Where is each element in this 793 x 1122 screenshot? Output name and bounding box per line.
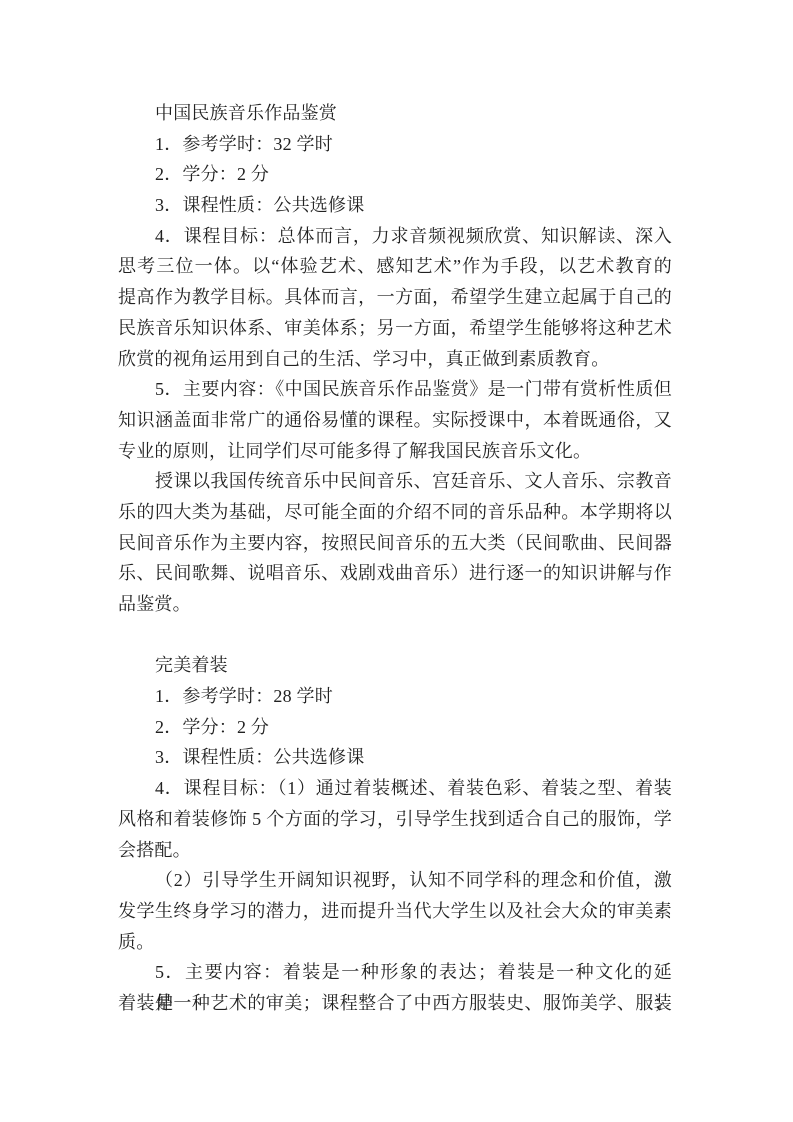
text-line: 2．学分：2 分 xyxy=(118,712,672,743)
text-line: 民间音乐作为主要内容，按照民间音乐的五大类（民间歌曲、民间器 xyxy=(118,528,672,559)
text-line: 1．参考学时：32 学时 xyxy=(118,129,672,160)
text-line: 发学生终身学习的潜力，进而提升当代大学生以及社会大众的审美素 xyxy=(118,896,672,927)
blank-line xyxy=(118,620,672,651)
text-line: 乐、民间歌舞、说唱音乐、戏剧戏曲音乐）进行逐一的知识讲解与作 xyxy=(118,558,672,589)
text-line: 完美着装 xyxy=(118,650,672,681)
text-line: 欣赏的视角运用到自己的生活、学习中，真正做到素质教育。 xyxy=(118,344,672,375)
document-body: 中国民族音乐作品鉴赏1．参考学时：32 学时2．学分：2 分3．课程性质：公共选… xyxy=(118,98,672,1019)
text-line: 3．课程性质：公共选修课 xyxy=(118,742,672,773)
text-line: 知识涵盖面非常广的通俗易懂的课程。实际授课中，本着既通俗，又 xyxy=(118,405,672,436)
text-line: 品鉴赏。 xyxy=(118,589,672,620)
text-line: 质。 xyxy=(118,927,672,958)
text-line: 着装是一种艺术的审美；课程整合了中西方服装史、服饰美学、服装 xyxy=(118,988,672,1019)
text-line: 2．学分：2 分 xyxy=(118,159,672,190)
document-page: 中国民族音乐作品鉴赏1．参考学时：32 学时2．学分：2 分3．课程性质：公共选… xyxy=(0,0,793,1122)
text-line: 5．主要内容：《中国民族音乐作品鉴赏》是一门带有赏析性质但 xyxy=(118,374,672,405)
text-line: 风格和着装修饰 5 个方面的学习，引导学生找到适合自己的服饰，学 xyxy=(118,804,672,835)
text-line: 民族音乐知识体系、审美体系；另一方面，希望学生能够将这种艺术 xyxy=(118,313,672,344)
text-line: 提高作为教学目标。具体而言，一方面，希望学生建立起属于自己的 xyxy=(118,282,672,313)
text-line: 授课以我国传统音乐中民间音乐、宫廷音乐、文人音乐、宗教音 xyxy=(118,466,672,497)
text-line: 4．课程目标：总体而言，力求音频视频欣赏、知识解读、深入 xyxy=(118,221,672,252)
text-line: 4．课程目标：（1）通过着装概述、着装色彩、着装之型、着装 xyxy=(118,773,672,804)
text-line: 3．课程性质：公共选修课 xyxy=(118,190,672,221)
text-line: 会搭配。 xyxy=(118,835,672,866)
text-line: 思考三位一体。以“体验艺术、感知艺术”作为手段，以艺术教育的 xyxy=(118,251,672,282)
text-line: 中国民族音乐作品鉴赏 xyxy=(118,98,672,129)
text-line: （2）引导学生开阔知识视野，认知不同学科的理念和价值，激 xyxy=(118,865,672,896)
text-line: 1．参考学时：28 学时 xyxy=(118,681,672,712)
text-line: 乐的四大类为基础，尽可能全面的介绍不同的音乐品种。本学期将以 xyxy=(118,497,672,528)
text-line: 专业的原则，让同学们尽可能多得了解我国民族音乐文化。 xyxy=(118,436,672,467)
text-line: 5．主要内容：着装是一种形象的表达；着装是一种文化的延伸； xyxy=(118,957,672,988)
